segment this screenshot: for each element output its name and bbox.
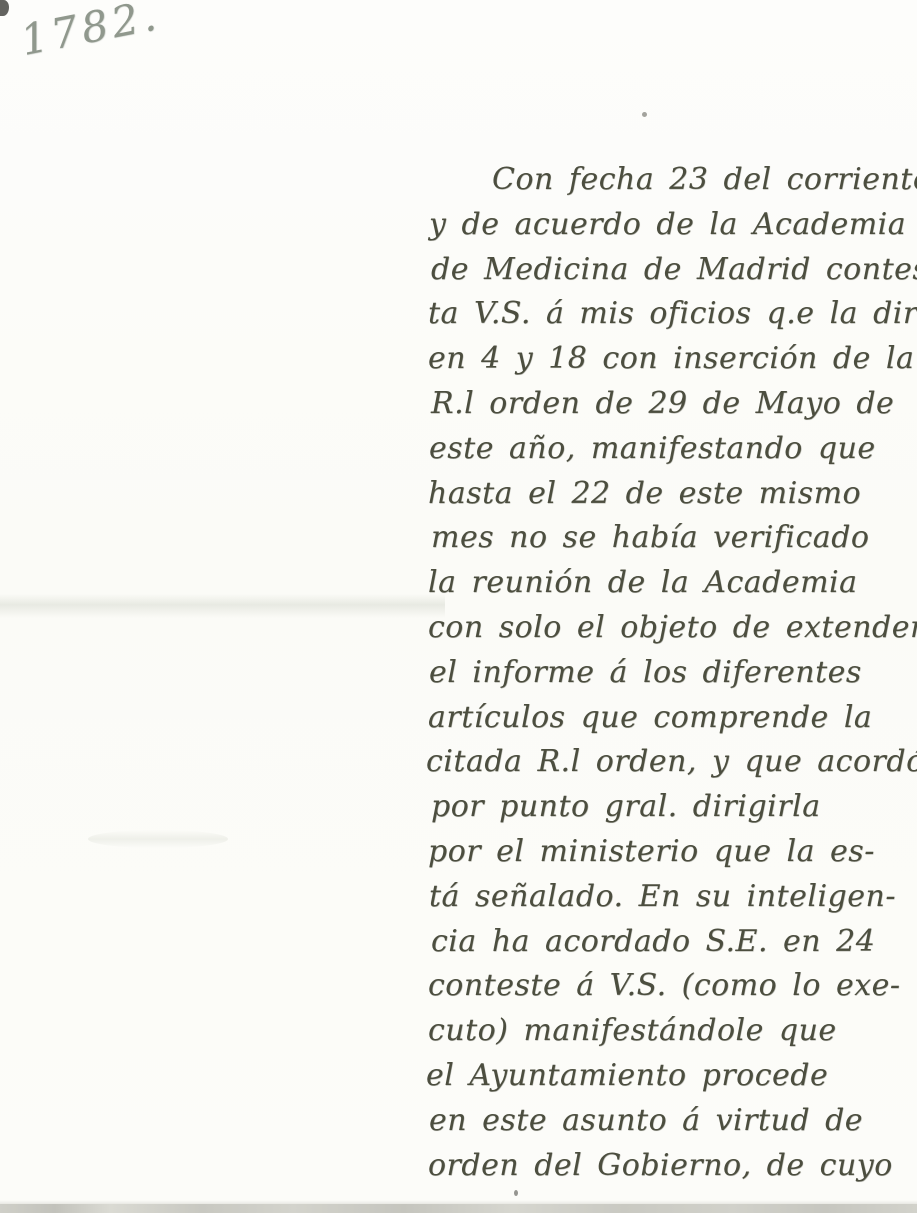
text-line: conteste á V.S. (como lo exe-	[428, 964, 914, 1009]
text-line: R.l orden de 29 de Mayo de	[431, 382, 914, 427]
text-line: cuto) manifestándole que	[428, 1009, 914, 1054]
fold-crease	[0, 594, 445, 618]
text-line: ta V.S. á mis oficios q.e la dirigí	[428, 292, 914, 337]
text-line: artículos que comprende la	[428, 696, 914, 741]
text-line: la reunión de la Academia	[428, 561, 914, 606]
text-line: de Medicina de Madrid contes-	[431, 248, 914, 293]
text-line: este año, manifestando que	[429, 427, 914, 472]
ink-dot	[514, 1190, 518, 1196]
text-line: hasta el 22 de este mismo	[428, 472, 914, 517]
text-line: en 4 y 18 con inserción de la	[428, 337, 914, 382]
year-annotation: 1782.	[17, 0, 164, 65]
text-line: citada R.l orden, y que acordó	[426, 740, 914, 785]
text-line: mes no se había verificado	[431, 516, 914, 561]
text-line: orden del Gobierno, de cuyo	[428, 1144, 914, 1189]
text-line: el informe á los diferentes	[429, 651, 914, 696]
manuscript-page: 1782. Con fecha 23 del corriente y de ac…	[0, 0, 917, 1213]
text-line: y de acuerdo de la Academia	[429, 203, 914, 248]
manuscript-text: Con fecha 23 del corriente y de acuerdo …	[428, 158, 914, 1188]
text-line: por el ministerio que la es-	[428, 830, 914, 875]
text-line: con solo el objeto de extender	[428, 606, 914, 651]
ink-dot	[642, 112, 647, 117]
text-line: el Ayuntamiento procede	[426, 1054, 914, 1099]
fold-crease	[88, 830, 228, 848]
text-line: en este asunto á virtud de	[429, 1099, 914, 1144]
text-line: cia ha acordado S.E. en 24	[431, 920, 914, 965]
text-line: por punto gral. dirigirla	[431, 785, 914, 830]
text-line: Con fecha 23 del corriente	[428, 158, 914, 203]
scan-bottom-edge	[0, 1204, 917, 1213]
scan-corner-speck	[0, 0, 9, 16]
text-line: tá señalado. En su inteligen-	[429, 875, 914, 920]
